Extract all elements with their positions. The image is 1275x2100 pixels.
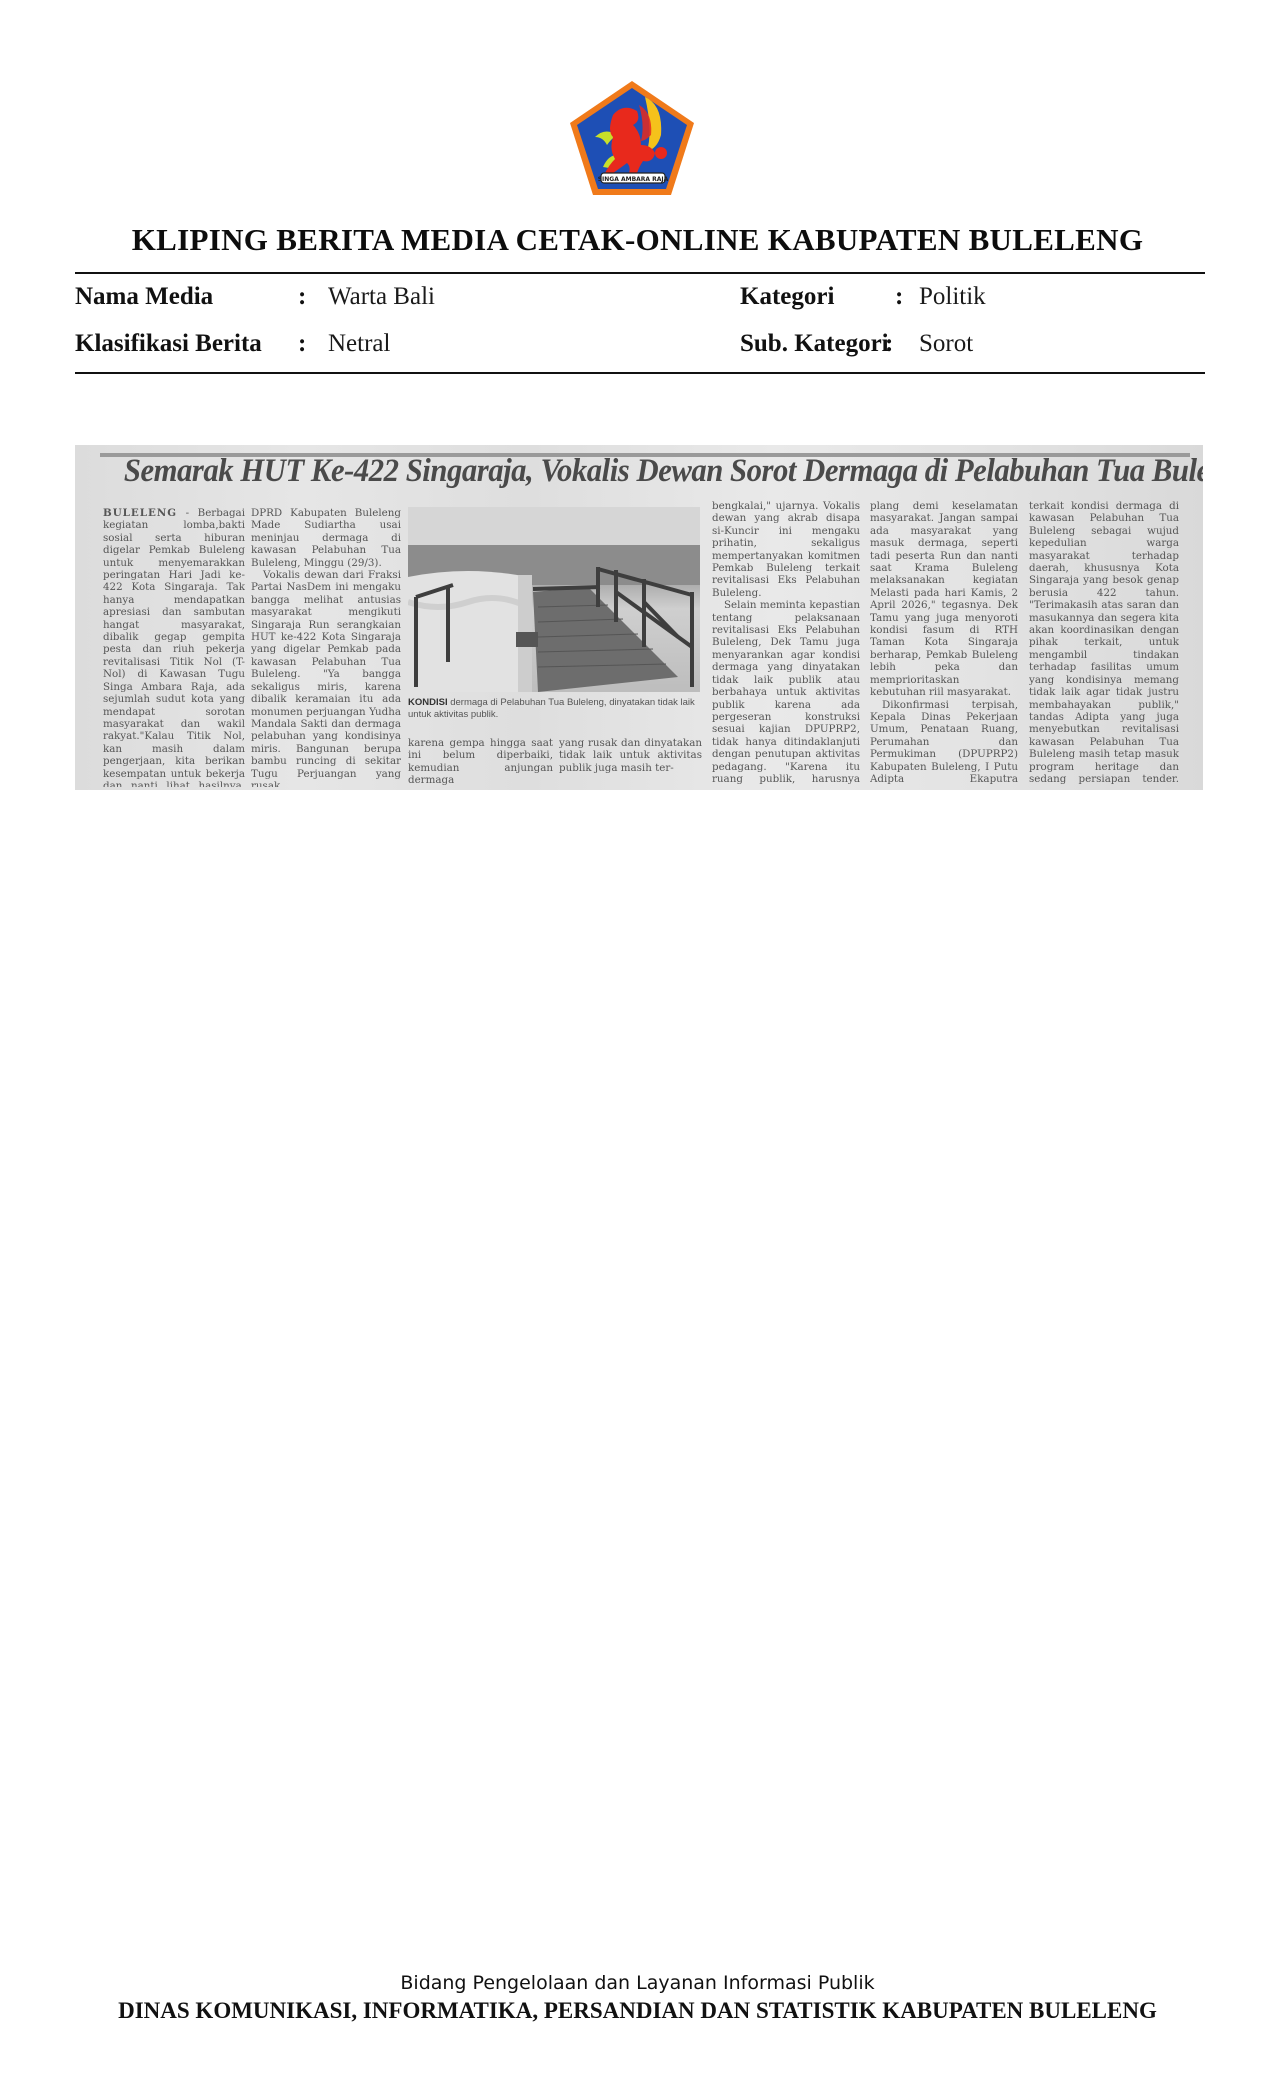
article-column-3: karena gempa hingga saat ini belum diper… [408, 737, 553, 787]
article-column-2: DPRD Kabupaten Buleleng Made Sudiartha u… [251, 507, 401, 787]
article-column-7: terkait kondisi dermaga di kawasan Pelab… [1029, 500, 1179, 785]
article-dateline: BULELENG [103, 507, 177, 519]
caption-text: dermaga di Pelabuhan Tua Buleleng, dinya… [408, 697, 695, 720]
meta-klasifikasi-berita: Klasifikasi Berita : Netral [75, 330, 390, 358]
article-column-5: bengkalai," ujarnya. Vokalis dewan yang … [712, 500, 860, 785]
article-photo-pier [408, 507, 700, 692]
footer-subtitle: Bidang Pengelolaan dan Layanan Informasi… [0, 1972, 1275, 1994]
meta-value-nama-media: Warta Bali [328, 283, 435, 311]
article-text: terkait kondisi dermaga di kawasan Pelab… [1029, 500, 1179, 785]
article-column-6: plang demi keselamatan masyarakat. Janga… [870, 500, 1018, 785]
photo-caption: KONDISI dermaga di Pelabuhan Tua Bulelen… [408, 697, 703, 721]
page-title: KLIPING BERITA MEDIA CETAK-ONLINE KABUPA… [0, 222, 1275, 258]
article-paragraph: Vokalis dewan dari Fraksi Partai NasDem … [251, 569, 401, 787]
meta-label: Kategori [740, 283, 895, 311]
meta-colon: : [895, 283, 919, 311]
newspaper-clipping: Semarak HUT Ke-422 Singaraja, Vokalis De… [75, 445, 1203, 790]
meta-label: Sub. Kategori [740, 330, 895, 358]
singa-ambara-raja-emblem-icon: SINGA AMBARA RAJA [565, 75, 700, 200]
meta-sub-kategori: Sub. Kategori : Sorot [740, 330, 973, 358]
meta-kategori: Kategori : Politik [740, 283, 986, 311]
article-column-4: yang rusak dan dinyatakan tidak laik unt… [559, 737, 702, 787]
svg-text:SINGA AMBARA RAJA: SINGA AMBARA RAJA [598, 176, 669, 183]
meta-value-sub-kategori: Sorot [919, 330, 973, 358]
article-paragraph: yang rusak dan dinyatakan tidak laik unt… [559, 737, 702, 774]
article-paragraph: Dikonfirmasi terpisah, Kepala Dinas Peke… [870, 699, 1018, 786]
meta-value-kategori: Politik [919, 283, 986, 311]
article-text: - Berbagai kegiatan lomba,bakti sosial s… [103, 507, 245, 787]
article-paragraph: karena gempa hingga saat ini belum diper… [408, 737, 553, 787]
meta-colon: : [298, 330, 328, 358]
header-divider-bottom [75, 372, 1205, 374]
caption-lead: KONDISI [408, 697, 448, 708]
article-paragraph: DPRD Kabupaten Buleleng Made Sudiartha u… [251, 507, 401, 569]
article-column-1: BULELENG - Berbagai kegiatan lomba,bakti… [103, 507, 245, 787]
header-divider-top [75, 272, 1205, 274]
clipping-headline: Semarak HUT Ke-422 Singaraja, Vokalis De… [124, 453, 1156, 490]
meta-value-klasifikasi: Netral [328, 330, 390, 358]
article-paragraph: bengkalai," ujarnya. Vokalis dewan yang … [712, 500, 860, 599]
article-paragraph: Selain meminta kepastian tentang pelaksa… [712, 599, 860, 785]
meta-nama-media: Nama Media : Warta Bali [75, 283, 435, 311]
article-paragraph: plang demi keselamatan masyarakat. Janga… [870, 500, 1018, 699]
meta-label: Nama Media [75, 283, 298, 311]
meta-label: Klasifikasi Berita [75, 330, 298, 358]
meta-colon: : [885, 330, 909, 358]
footer-agency: DINAS KOMUNIKASI, INFORMATIKA, PERSANDIA… [0, 1998, 1275, 2024]
meta-colon: : [298, 283, 328, 311]
